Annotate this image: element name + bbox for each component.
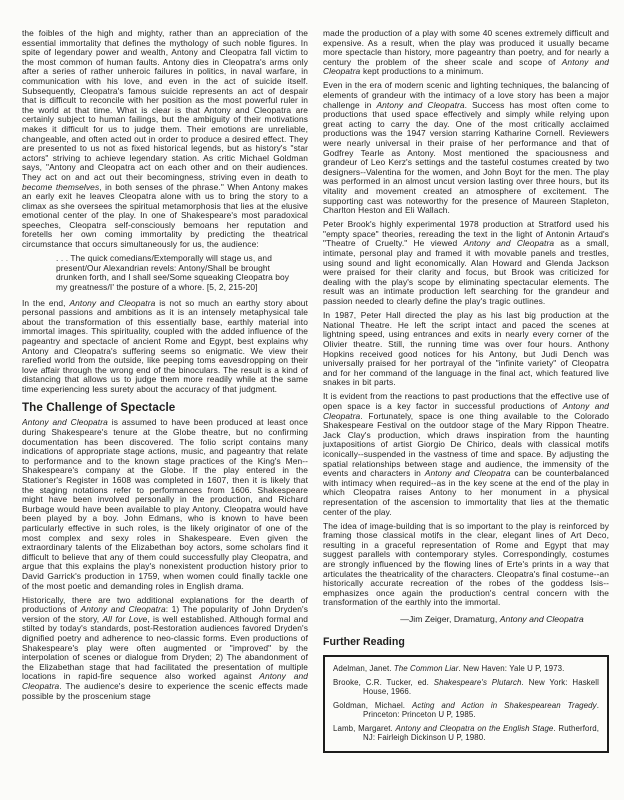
bibliography-entry: Lamb, Margaret. Antony and Cleopatra on …	[333, 724, 599, 743]
italic-text-run: Antony and Cleopatra	[22, 417, 108, 427]
text-run: Adelman, Janet.	[333, 664, 394, 673]
text-run: The idea of image-building that is so im…	[323, 521, 609, 608]
text-run: , in both senses of the phrase." When An…	[22, 182, 308, 250]
right-column: made the production of a play with some …	[323, 29, 609, 792]
bibliography-entry: Adelman, Janet. The Common Liar. New Hav…	[333, 664, 599, 673]
paragraph: The idea of image-building that is so im…	[323, 522, 609, 608]
paragraph: Even in the era of modern scenic and lig…	[323, 81, 609, 215]
text-run: Goldman, Michael.	[333, 701, 412, 710]
paragraph: It is evident from the reactions to past…	[323, 392, 609, 517]
paragraph: In 1987, Peter Hall directed the play as…	[323, 311, 609, 388]
text-run: . . . The quick comedians/Extemporally w…	[56, 253, 289, 292]
text-run: Lamb, Margaret.	[333, 724, 396, 733]
text-run: . New Haven: Yale U P, 1973.	[458, 664, 564, 673]
paragraph: Historically, there are two additional e…	[22, 596, 308, 702]
italic-text-run: Shakespeare's Plutarch	[434, 678, 522, 687]
paragraph: In the end, Antony and Cleopatra is not …	[22, 299, 308, 395]
text-run: is assumed to have been produced at leas…	[22, 417, 308, 590]
paragraph: made the production of a play with some …	[323, 29, 609, 77]
italic-text-run: All for Love	[102, 614, 147, 624]
text-run: kept productions to a minimum.	[360, 66, 483, 76]
italic-text-run: Antony and Cleopatra	[376, 100, 464, 110]
italic-text-run: Antony and Cleopatra	[69, 298, 155, 308]
italic-text-run: Antony and Cleopatra	[464, 238, 555, 248]
signature-line: —Jim Zeiger, Dramaturg, Antony and Cleop…	[323, 614, 609, 624]
text-run: . Success has most often come to product…	[323, 100, 609, 216]
block-quote: . . . The quick comedians/Extemporally w…	[56, 254, 296, 292]
italic-text-run: Antony and Cleopatra	[81, 604, 166, 614]
paragraph: Antony and Cleopatra is assumed to have …	[22, 418, 308, 591]
text-run: —Jim Zeiger, Dramaturg,	[400, 614, 499, 624]
italic-text-run: become themselves	[22, 182, 99, 192]
italic-text-run: Antony and Cleopatra on the English Stag…	[396, 724, 554, 733]
text-run: In the end,	[22, 298, 69, 308]
text-run: as a small, intimate, personal play and …	[323, 238, 609, 306]
text-run: . The audience's desire to experience th…	[22, 681, 308, 701]
bibliography-entry: Brooke, C.R. Tucker, ed. Shakespeare's P…	[333, 678, 599, 697]
further-reading-title: Further Reading	[323, 636, 609, 648]
bibliography-box: Adelman, Janet. The Common Liar. New Hav…	[323, 655, 609, 753]
paragraph: the foibles of the high and mighty, rath…	[22, 29, 308, 250]
text-run: In 1987, Peter Hall directed the play as…	[323, 310, 609, 387]
document-page: the foibles of the high and mighty, rath…	[0, 0, 624, 800]
text-run: Brooke, C.R. Tucker, ed.	[333, 678, 434, 687]
section-heading: The Challenge of Spectacle	[22, 401, 308, 414]
bibliography-entry: Goldman, Michael. Acting and Action in S…	[333, 701, 599, 720]
paragraph: Peter Brook's highly experimental 1978 p…	[323, 220, 609, 306]
italic-text-run: Antony and Cleopatra	[500, 614, 584, 624]
left-column: the foibles of the high and mighty, rath…	[22, 29, 308, 792]
italic-text-run: The Common Liar	[394, 664, 459, 673]
italic-text-run: Antony and Cleopatra	[425, 468, 511, 478]
text-run: is not so much an earthy story about per…	[22, 298, 308, 394]
text-run: the foibles of the high and mighty, rath…	[22, 29, 308, 182]
italic-text-run: Acting and Action in Shakespearean Trage…	[412, 701, 597, 710]
